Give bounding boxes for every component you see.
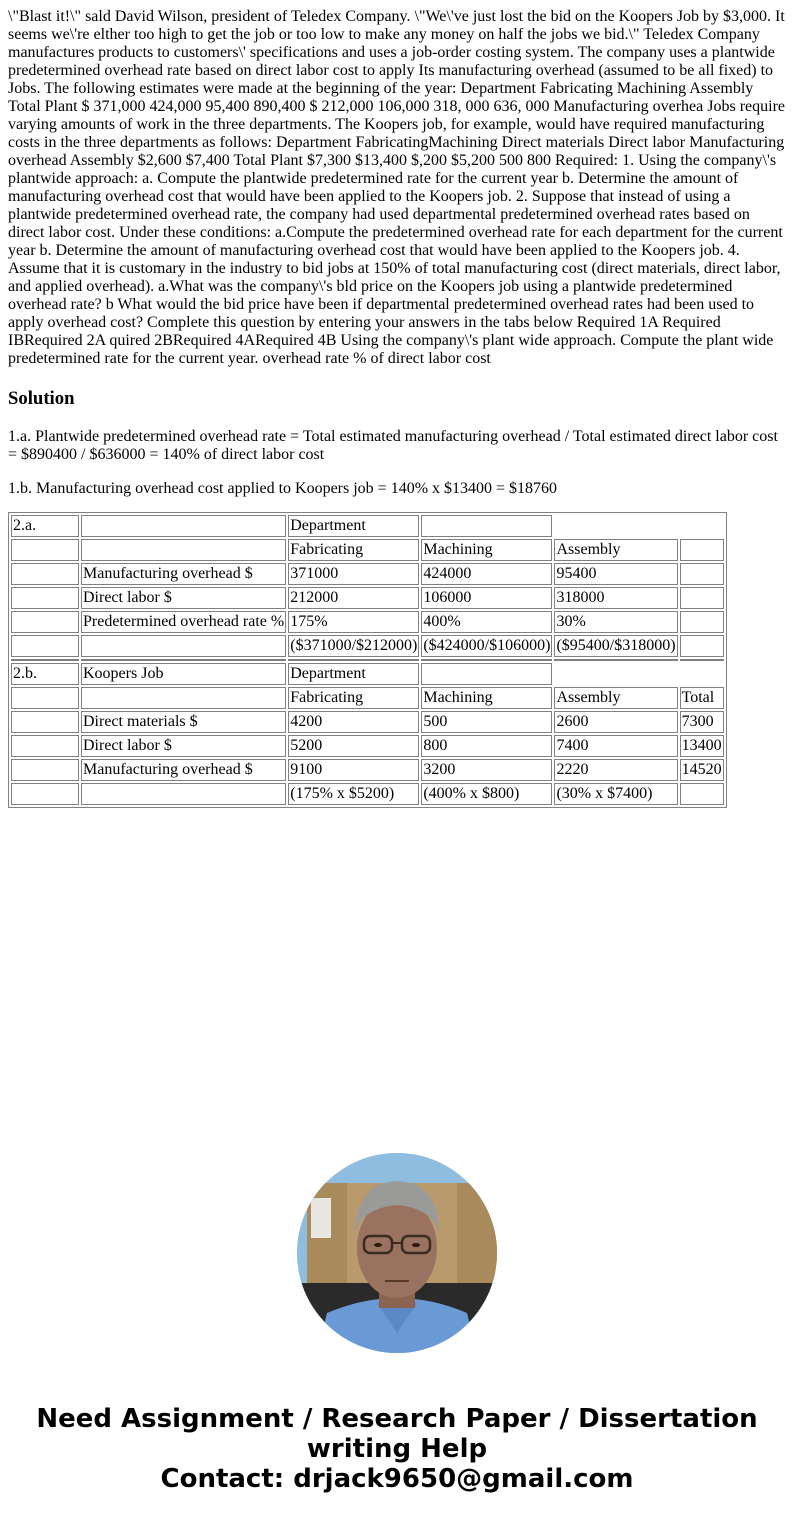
table-cell: 13400 [680,735,724,757]
table-cell [680,515,724,537]
table-cell [81,539,286,561]
avatar [297,1153,497,1353]
department-header: Department [288,515,419,537]
table-cell [11,711,79,733]
table-cell: 2220 [554,759,677,781]
table-cell: 800 [421,735,552,757]
promo-contact: Contact: drjack9650@gmail.com [0,1464,794,1494]
table-cell: 371000 [288,563,419,585]
table-cell: 5200 [288,735,419,757]
table-cell [11,659,79,661]
table-cell: 424000 [421,563,552,585]
table-cell: ($424000/$106000) [421,635,552,657]
table-cell: 400% [421,611,552,633]
table-cell [11,587,79,609]
department-header: Department [288,663,419,685]
row-label: Manufacturing overhead $ [81,563,286,585]
table-cell: 212000 [288,587,419,609]
table-cell: 9100 [288,759,419,781]
table-row: Predetermined overhead rate % 175% 400% … [11,611,724,633]
table-row: Manufacturing overhead $ 9100 3200 2220 … [11,759,724,781]
separator-row [11,659,724,661]
table-cell: ($95400/$318000) [554,635,677,657]
table-cell: 500 [421,711,552,733]
table-cell: 106000 [421,587,552,609]
table-cell [81,687,286,709]
promo-banner: Need Assignment / Research Paper / Disse… [0,1404,794,1494]
column-header: Assembly [554,539,677,561]
column-header: Fabricating [288,539,419,561]
table-cell: 30% [554,611,677,633]
table-cell [11,539,79,561]
table-cell [554,659,677,661]
table-cell [680,635,724,657]
row-label: Predetermined overhead rate % [81,611,286,633]
table-cell: 95400 [554,563,677,585]
table-cell: 175% [288,611,419,633]
table-cell: (30% x $7400) [554,783,677,805]
table-cell [11,635,79,657]
promo-line-2: writing Help [0,1434,794,1464]
section-label-2b: 2.b. [11,663,79,685]
table-row: Fabricating Machining Assembly Total [11,687,724,709]
promo-line-1: Need Assignment / Research Paper / Disse… [0,1404,794,1434]
table-cell [680,539,724,561]
table-cell [11,563,79,585]
table-row: Direct labor $ 5200 800 7400 13400 [11,735,724,757]
column-header: Total [680,687,724,709]
row-label [81,783,286,805]
table-cell [421,659,552,661]
table-cell [11,759,79,781]
table-cell [81,659,286,661]
table-cell [11,735,79,757]
table-row: ($371000/$212000) ($424000/$106000) ($95… [11,635,724,657]
row-label: Direct labor $ [81,587,286,609]
table-cell: 2600 [554,711,677,733]
answer-1b: 1.b. Manufacturing overhead cost applied… [8,480,786,498]
table-cell [81,515,286,537]
table-cell [11,687,79,709]
table-cell [680,563,724,585]
table-cell [554,515,677,537]
table-cell [680,659,724,661]
table-cell: 318000 [554,587,677,609]
table-row: 2.b. Koopers Job Department [11,663,724,685]
table-cell [421,663,552,685]
author-avatar [297,1153,497,1353]
table-cell [288,659,419,661]
table-cell: 4200 [288,711,419,733]
table-cell [680,783,724,805]
table-cell [680,587,724,609]
answer-1a: 1.a. Plantwide predetermined overhead ra… [8,428,786,464]
table-row: 2.a. Department [11,515,724,537]
section-label-2a: 2.a. [11,515,79,537]
column-header: Machining [421,687,552,709]
row-label: Manufacturing overhead $ [81,759,286,781]
table-cell: (175% x $5200) [288,783,419,805]
solution-heading: Solution [8,388,786,410]
table-cell [11,783,79,805]
column-header: Machining [421,539,552,561]
question-text: \"Blast it!\" sald David Wilson, preside… [8,8,786,368]
table-cell: 14520 [680,759,724,781]
table-cell: (400% x $800) [421,783,552,805]
table-row: Manufacturing overhead $ 371000 424000 9… [11,563,724,585]
person-photo-icon [297,1153,497,1353]
table-cell [554,663,677,685]
section-title: Koopers Job [81,663,286,685]
table-cell [11,611,79,633]
row-label: Direct labor $ [81,735,286,757]
table-cell [421,515,552,537]
table-cell [680,663,724,685]
row-label: Direct materials $ [81,711,286,733]
row-label [81,635,286,657]
solution-table: 2.a. Department Fabricating Machining As… [8,512,727,808]
table-cell: ($371000/$212000) [288,635,419,657]
table-cell: 7400 [554,735,677,757]
table-cell [680,611,724,633]
column-header: Fabricating [288,687,419,709]
page-content: \"Blast it!\" sald David Wilson, preside… [0,0,794,808]
column-header: Assembly [554,687,677,709]
table-cell: 3200 [421,759,552,781]
table-row: Direct materials $ 4200 500 2600 7300 [11,711,724,733]
table-row: Direct labor $ 212000 106000 318000 [11,587,724,609]
table-row: Fabricating Machining Assembly [11,539,724,561]
table-cell: 7300 [680,711,724,733]
table-row: (175% x $5200) (400% x $800) (30% x $740… [11,783,724,805]
